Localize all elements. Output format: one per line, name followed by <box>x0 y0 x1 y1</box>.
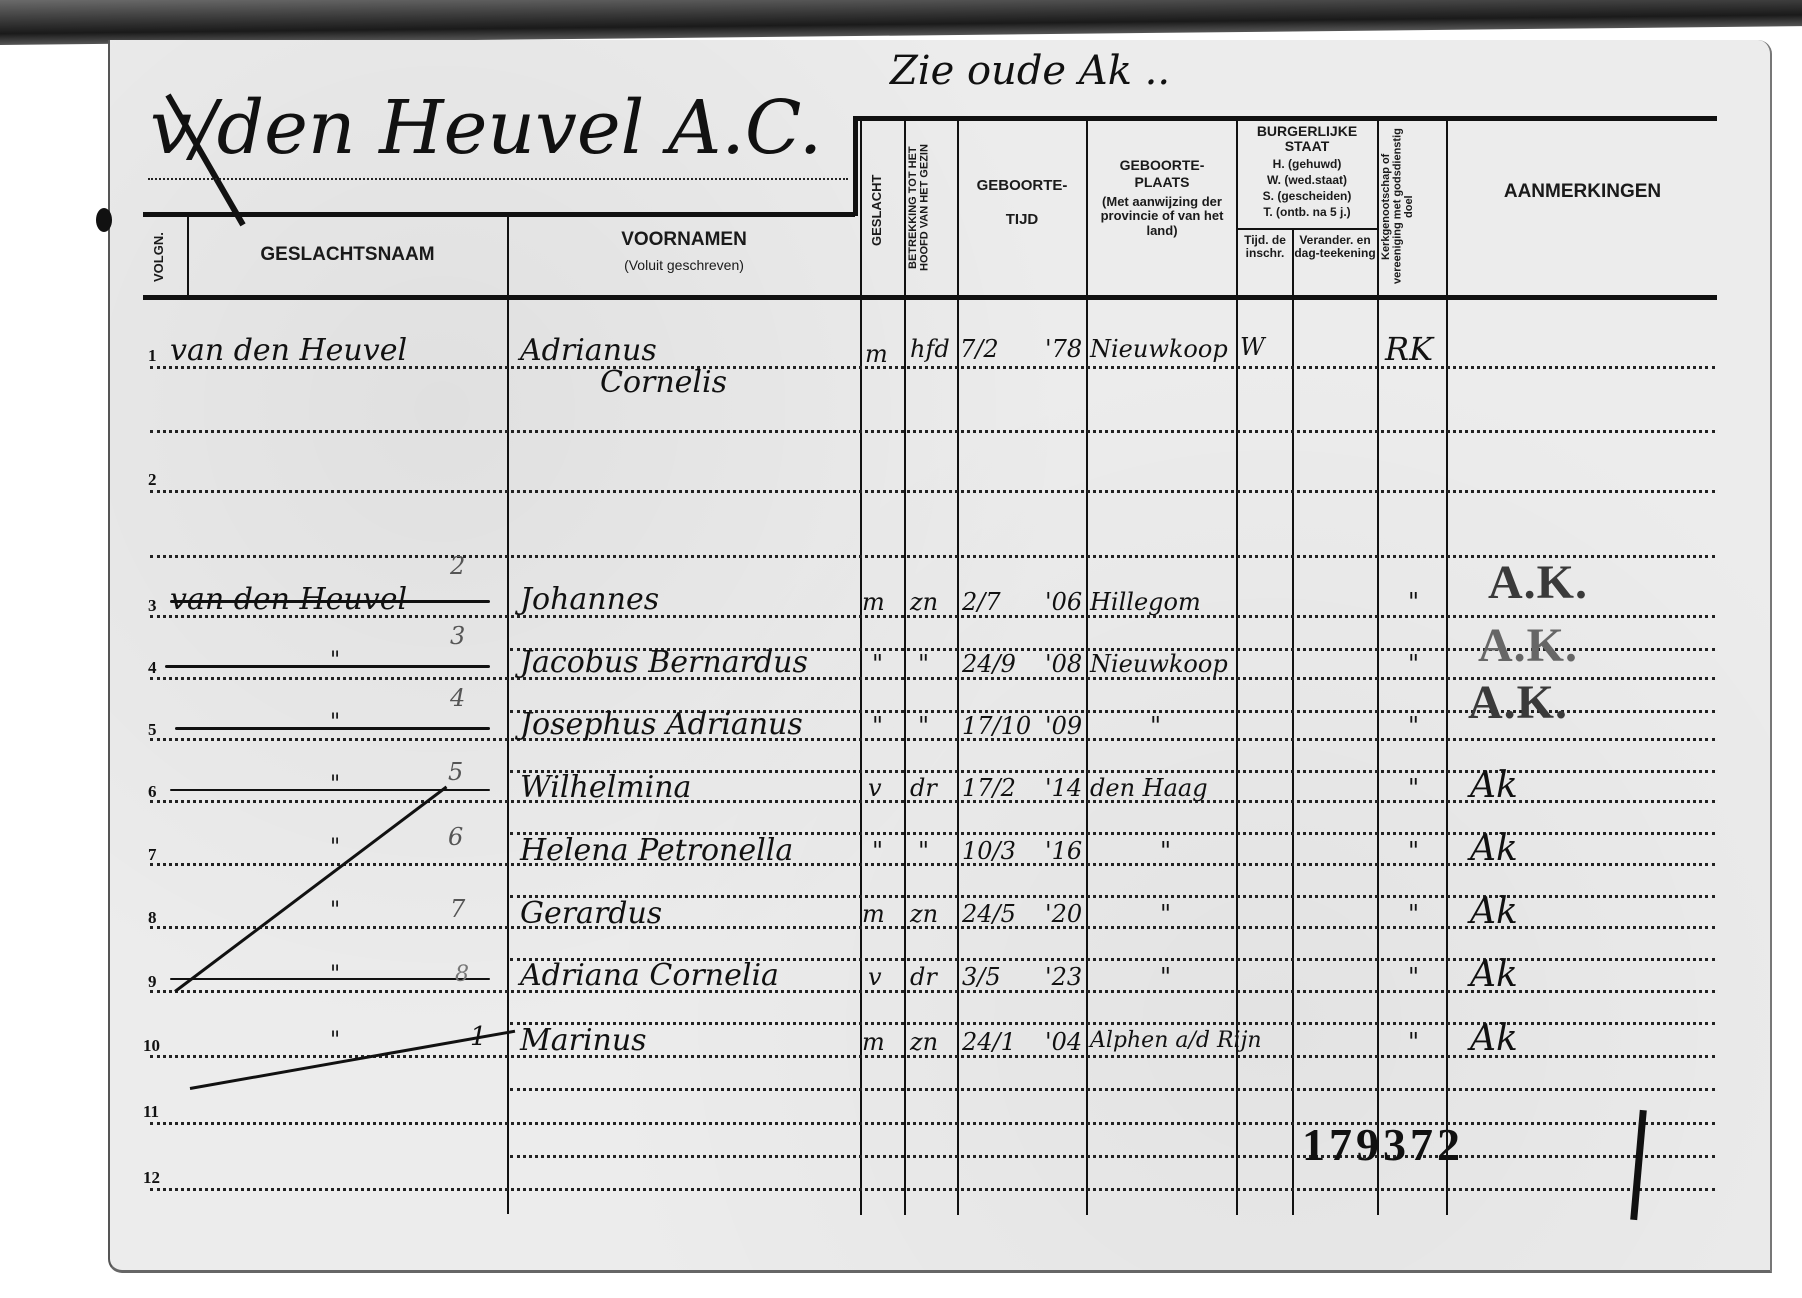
header-bottom-rule <box>143 295 1717 300</box>
row8-place: " <box>1160 900 1171 928</box>
row10-given: Marinus <box>520 1023 647 1058</box>
col-betrekking: BETREKKING TOT HET HOOFD VAN HET GEZIN <box>908 125 954 290</box>
row8-surname: " <box>330 898 340 923</box>
row6-index: 5 <box>448 758 463 786</box>
row-line-10b <box>510 1088 1715 1091</box>
card-number: 179372 <box>1302 1118 1464 1171</box>
row3-relation: zn <box>910 588 938 616</box>
col-geboorteplaats-sub: (Met aanwijzing der provincie of van het… <box>1093 195 1231 238</box>
row7-index: 6 <box>448 823 463 851</box>
row10-remark: Ak <box>1470 1018 1518 1059</box>
row5-given: Josephus Adrianus <box>520 707 803 742</box>
header-left-top-rule <box>143 212 855 217</box>
row4-relation: " <box>918 650 929 678</box>
row-number: 10 <box>143 1036 160 1056</box>
row-number: 1 <box>148 346 157 366</box>
row8-remark: Ak <box>1470 891 1518 932</box>
row3-index: 2 <box>450 552 465 580</box>
row3-sex: m <box>862 588 885 616</box>
row-line-2 <box>150 490 1715 493</box>
row8-daymonth: 24/5 <box>962 900 1016 928</box>
row-number: 9 <box>148 972 157 992</box>
row7-sex: " <box>872 837 883 865</box>
row6-relation: dr <box>910 774 937 802</box>
row-line-7b <box>510 895 1715 898</box>
row-number: 8 <box>148 908 157 928</box>
row-number: 3 <box>148 596 157 616</box>
row6-church: " <box>1408 774 1419 802</box>
row4-year: '08 <box>1045 650 1082 678</box>
header-step-rule <box>853 116 858 216</box>
row1-relation: hfd <box>910 335 950 363</box>
row9-sex: v <box>868 963 882 991</box>
row4-strike <box>165 665 490 668</box>
row-number: 6 <box>148 782 157 802</box>
row7-given: Helena Petronella <box>520 833 793 868</box>
bs-subdivider <box>1236 228 1377 230</box>
row-line-11 <box>150 1122 1715 1125</box>
row1-civil: W <box>1240 333 1265 361</box>
divider-bs-tijd <box>1292 230 1294 1215</box>
row9-given: Adriana Cornelia <box>520 958 779 993</box>
row5-relation: " <box>918 712 929 740</box>
row-number: 11 <box>143 1102 159 1122</box>
divider-geboortetijd <box>1086 120 1088 1215</box>
col-volgn: VOLGN. <box>152 222 174 292</box>
row5-surname: " <box>330 710 340 735</box>
row9-church: " <box>1408 963 1419 991</box>
row4-daymonth: 24/9 <box>962 650 1016 678</box>
col-geslacht: GESLACHT <box>870 130 896 290</box>
divider-kerkgenootschap <box>1446 120 1448 1215</box>
row9-daymonth: 3/5 <box>962 963 1001 991</box>
row10-daymonth: 24/1 <box>962 1028 1016 1056</box>
row7-relation: " <box>918 837 929 865</box>
row7-church: " <box>1408 837 1419 865</box>
divider-geslachtsnaam <box>507 214 509 1214</box>
divider-geslacht <box>904 120 906 1215</box>
row-number: 5 <box>148 720 157 740</box>
row7-place: " <box>1160 837 1171 865</box>
row-number: 2 <box>148 470 157 490</box>
row8-index: 7 <box>450 895 465 923</box>
bs-option-h: H. (gehuwd) <box>1238 158 1376 171</box>
row-line-12 <box>150 1188 1715 1191</box>
row-line-9b <box>510 1022 1715 1025</box>
row8-sex: m <box>862 900 885 928</box>
row4-index: 3 <box>450 622 465 650</box>
row7-remark: Ak <box>1470 828 1518 869</box>
divider-burgerlijke-staat <box>1377 120 1379 1215</box>
row8-church: " <box>1408 900 1419 928</box>
row6-given: Wilhelmina <box>520 770 691 805</box>
row5-index: 4 <box>450 684 465 712</box>
row-line-2b <box>150 555 1715 558</box>
row6-place: den Haag <box>1090 774 1208 802</box>
row6-year: '14 <box>1045 774 1082 802</box>
col-aanmerkingen: AANMERKINGEN <box>1450 182 1715 203</box>
row3-daymonth: 2/7 <box>962 588 1001 616</box>
row1-daymonth: 7/2 <box>960 335 999 363</box>
row8-year: '20 <box>1045 900 1082 928</box>
row-number: 7 <box>148 845 157 865</box>
punch-hole <box>96 208 112 232</box>
col-bs-tijd: Tijd. de inschr. <box>1238 234 1292 260</box>
row-line-1b <box>150 430 1715 433</box>
row6-surname: " <box>330 772 340 797</box>
row10-relation: zn <box>910 1028 938 1056</box>
row9-index: 8 <box>455 962 469 987</box>
row4-surname: " <box>330 648 340 673</box>
row4-remark-stamp: A.K. <box>1478 618 1578 673</box>
row5-year: '09 <box>1045 712 1082 740</box>
row9-place: " <box>1160 963 1171 991</box>
col-geboorteplaats-2: PLAATS <box>1090 175 1234 190</box>
row9-year: '23 <box>1045 963 1082 991</box>
row7-surname: " <box>330 835 340 860</box>
col-geboortetijd-2: TIJD <box>960 212 1084 229</box>
row1-given: Adrianus <box>520 333 657 368</box>
row-number: 12 <box>143 1168 160 1188</box>
row6-daymonth: 17/2 <box>962 774 1016 802</box>
row1-sex: m <box>865 340 888 368</box>
row6-sex: v <box>868 774 882 802</box>
row4-place: Nieuwkoop <box>1090 650 1228 678</box>
col-burgerlijke-staat: BURGERLIJKE STAAT <box>1238 124 1376 155</box>
divider-volgn <box>187 214 189 297</box>
row9-surname: " <box>330 962 340 987</box>
row5-daymonth: 17/10 <box>962 712 1031 740</box>
row3-strike <box>170 600 490 603</box>
card-header-name: v/den Heuvel A.C. <box>150 85 822 171</box>
row3-church: " <box>1408 588 1419 616</box>
row1-year: '78 <box>1045 335 1082 363</box>
row-line-5 <box>150 738 1715 741</box>
bs-option-w: W. (wed.staat) <box>1238 174 1376 187</box>
row10-church: " <box>1408 1028 1419 1056</box>
note-see-old-ak: Zie oude Ak .. <box>890 48 1170 94</box>
col-geboortetijd-1: GEBOORTE- <box>960 178 1084 195</box>
row4-given: Jacobus Bernardus <box>520 645 808 680</box>
bs-option-s: S. (gescheiden) <box>1238 190 1376 203</box>
col-geboorteplaats-1: GEBOORTE- <box>1090 158 1234 173</box>
row3-given: Johannes <box>520 582 659 617</box>
row3-place: Hillegom <box>1090 588 1201 616</box>
col-voornamen-sub: (Voluit geschreven) <box>510 258 858 273</box>
row6-remark: Ak <box>1470 765 1518 806</box>
row7-daymonth: 10/3 <box>962 837 1016 865</box>
row5-remark-stamp: A.K. <box>1468 675 1568 730</box>
row3-year: '06 <box>1045 588 1082 616</box>
col-kerkgenootschap: Kerkgenootschap of vereeniging met godsd… <box>1381 124 1443 289</box>
row1-surname: van den Heuvel <box>170 333 407 368</box>
col-geslachtsnaam: GESLACHTSNAAM <box>190 245 505 266</box>
row10-place: Alphen a/d Rijn <box>1090 1028 1262 1053</box>
row9-remark: Ak <box>1470 954 1518 995</box>
row3-remark-stamp: A.K. <box>1488 555 1588 610</box>
row5-place: " <box>1150 712 1161 740</box>
row10-surname: " <box>330 1028 340 1053</box>
row-line-11b <box>510 1155 1715 1158</box>
row10-year: '04 <box>1045 1028 1082 1056</box>
scanner-edge-shadow <box>0 0 1802 45</box>
row1-place: Nieuwkoop <box>1090 335 1228 363</box>
row5-sex: " <box>872 712 883 740</box>
row-number: 4 <box>148 658 157 678</box>
row10-sex: m <box>862 1028 885 1056</box>
header-name-line <box>148 178 848 180</box>
row8-relation: zn <box>910 900 938 928</box>
row1-given2: Cornelis <box>600 365 727 400</box>
divider-betrekking <box>957 120 959 1215</box>
row8-given: Gerardus <box>520 896 662 931</box>
row9-relation: dr <box>910 963 937 991</box>
col-voornamen: VOORNAMEN <box>510 230 858 251</box>
header-top-rule <box>855 116 1717 121</box>
row4-sex: " <box>872 650 883 678</box>
col-bs-verander: Verander. en dag-teekening <box>1294 234 1376 260</box>
bs-option-t: T. (ontb. na 5 j.) <box>1238 206 1376 219</box>
row1-church: RK <box>1385 330 1433 368</box>
row7-year: '16 <box>1045 837 1082 865</box>
row5-church: " <box>1408 712 1419 740</box>
row4-church: " <box>1408 650 1419 678</box>
